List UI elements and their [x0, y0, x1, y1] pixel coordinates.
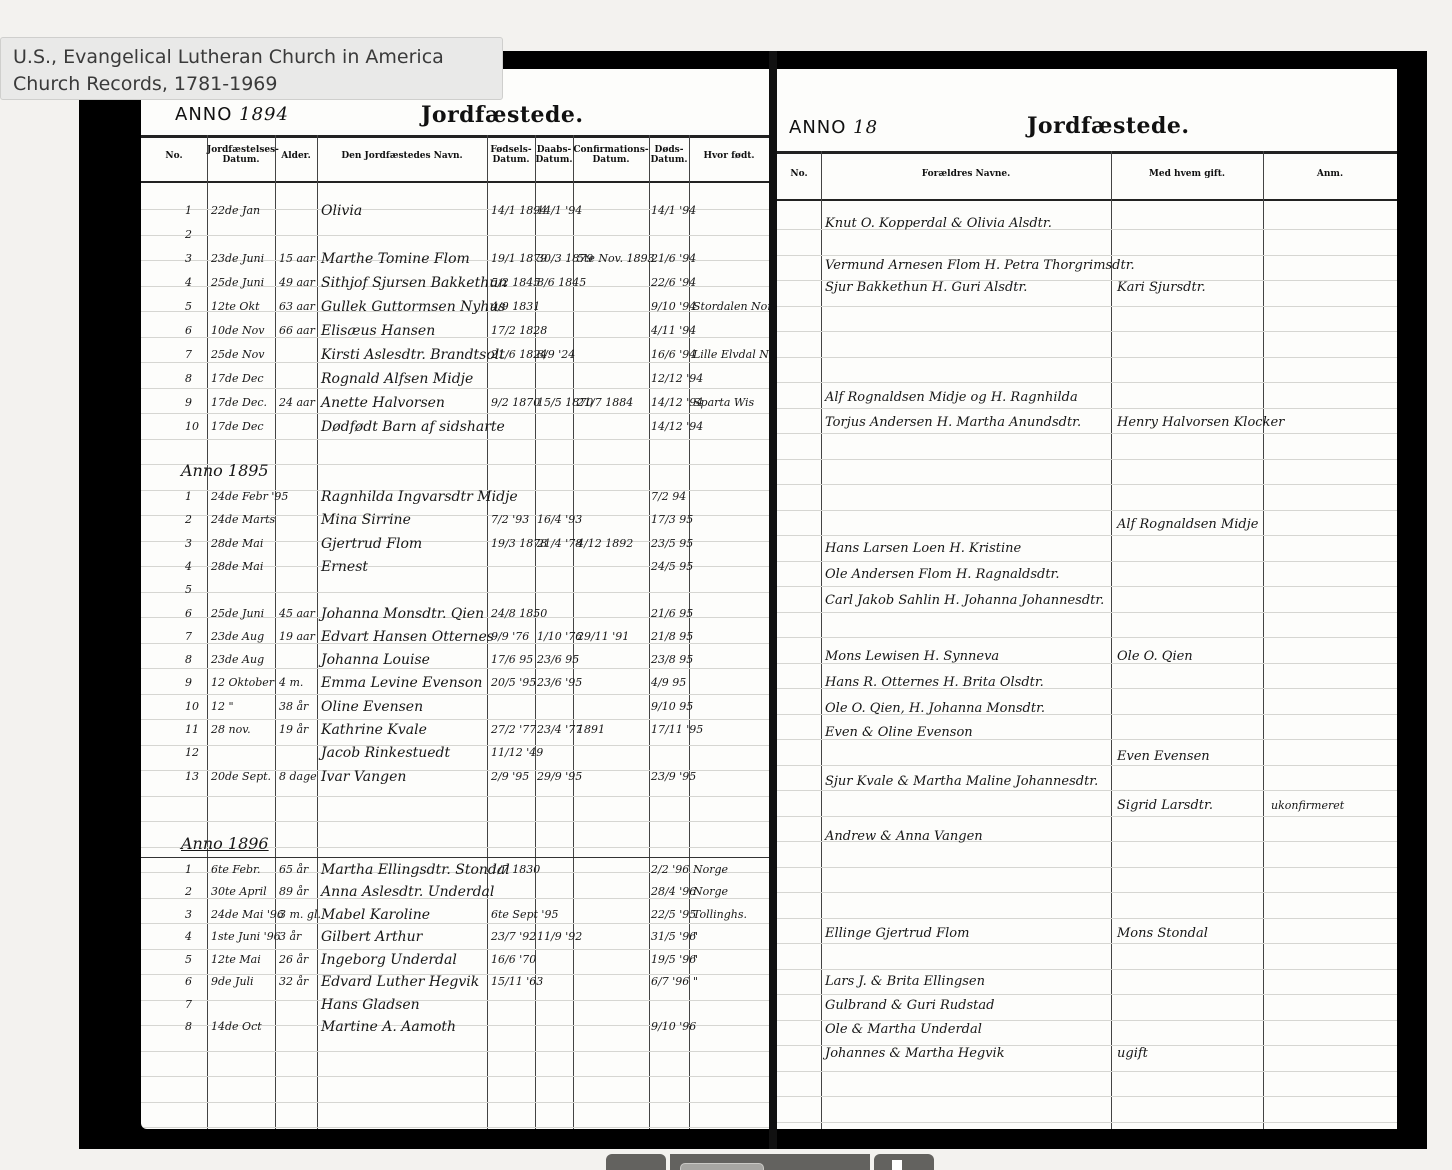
burial-record-row[interactable]: 625de Juni45 aarJohanna Monsdtr. Qien24/… [141, 604, 769, 628]
cell-no: 3 [185, 536, 192, 552]
cell-died: 31/5 '96 [651, 929, 696, 945]
parents-record-row[interactable]: Ole Andersen Flom H. Ragnaldsdtr. [777, 567, 1397, 589]
collection-title-tooltip: U.S., Evangelical Lutheran Church in Ame… [0, 37, 503, 100]
cell-baptized: 23/6 95 [537, 652, 579, 668]
burial-record-row[interactable]: 16te Febr.65 årMartha Ellingsdtr. Stonda… [141, 860, 769, 884]
parents-record-row[interactable]: Alf Rognaldsen Midje [777, 517, 1397, 539]
cell-age: 4 m. [279, 675, 303, 691]
cell-date: 17de Dec [211, 371, 264, 387]
column-header: Forældres Navne. [821, 169, 1111, 179]
cell-age: 65 år [279, 862, 308, 878]
parents-record-row[interactable]: Sjur Kvale & Martha Maline Johannesdtr. [777, 774, 1397, 796]
cell-name: Anette Halvorsen [321, 395, 445, 411]
cell-died: 9/10 '94 [651, 299, 696, 315]
cell-age: 32 år [279, 974, 308, 990]
cell-parents: Lars J. & Brita Ellingsen [825, 974, 985, 990]
cell-died: 21/8 95 [651, 629, 693, 645]
cell-name: Kirsti Aslesdtr. Brandtsolt [321, 347, 505, 363]
previous-button[interactable] [606, 1154, 666, 1170]
cell-date: 28de Mai [211, 559, 263, 575]
cell-no: 1 [185, 489, 192, 505]
cell-died: 14/12 '94 [651, 419, 703, 435]
cell-spouse: Even Evensen [1117, 749, 1210, 765]
cell-spouse: ugift [1117, 1046, 1148, 1062]
cell-died: 23/9 '95 [651, 769, 696, 785]
cell-age: 3 år [279, 929, 301, 945]
burial-record-row[interactable]: 328de MaiGjertrud Flom19/3 187821/4 '784… [141, 534, 769, 558]
cell-no: 2 [185, 884, 192, 900]
cell-date: 30te April [211, 884, 267, 900]
cell-name: Edvard Luther Hegvik [321, 974, 479, 990]
cell-name: Gjertrud Flom [321, 536, 422, 552]
cell-died: 23/8 95 [651, 652, 693, 668]
cell-age: 19 år [279, 722, 308, 738]
parents-record-row[interactable]: Sigrid Larsdtr.ukonfirmeret [777, 798, 1397, 820]
cell-no: 9 [185, 395, 192, 411]
zoom-slider[interactable] [670, 1154, 870, 1170]
cell-no: 5 [185, 299, 192, 315]
section-year-1895: Anno 1895 [181, 463, 269, 479]
cell-place: Stordalen Norge [693, 299, 769, 315]
cell-no: 10 [185, 699, 199, 715]
burial-record-row[interactable]: 823de AugJohanna Louise17/6 9523/6 9523/… [141, 650, 769, 674]
cell-no: 7 [185, 997, 192, 1013]
burial-record-row[interactable]: 1012 "38 årOline Evensen9/10 95 [141, 697, 769, 721]
cell-age: 24 aar [279, 395, 315, 411]
cell-no: 2 [185, 227, 192, 243]
cell-place: " [693, 952, 698, 968]
cell-date: 28 nov. [211, 722, 251, 738]
parents-record-row[interactable]: Andrew & Anna Vangen [777, 829, 1397, 851]
cell-no: 11 [185, 722, 199, 738]
cell-no: 8 [185, 371, 192, 387]
column-header: Med hvem gift. [1111, 169, 1263, 179]
column-header: No. [777, 169, 821, 179]
burial-record-row[interactable]: 230te April89 årAnna Aslesdtr. Underdal2… [141, 882, 769, 906]
cell-parents: Alf Rognaldsen Midje og H. Ragnhilda [825, 390, 1078, 406]
cell-name: Ingeborg Underdal [321, 952, 457, 968]
cell-age: 19 aar [279, 629, 315, 645]
parents-record-row[interactable]: Sjur Bakkethun H. Guri Alsdtr.Kari Sjurs… [777, 280, 1397, 302]
burial-record-row[interactable]: 917de Dec.24 aarAnette Halvorsen9/2 1870… [141, 393, 769, 417]
cell-date: 24de Febr '95 [211, 489, 288, 505]
cell-no: 4 [185, 559, 192, 575]
cell-parents: Hans Larsen Loen H. Kristine [825, 541, 1021, 557]
cell-parents: Even & Oline Evenson [825, 725, 973, 741]
burial-record-row[interactable]: 122de JanOlivia14/1 189414/1 '9414/1 '94 [141, 201, 769, 225]
cell-name: Gullek Guttormsen Nyhus [321, 299, 506, 315]
cell-date: 17de Dec. [211, 395, 267, 411]
cell-date: 9de Juli [211, 974, 254, 990]
cell-baptized: 29/9 '95 [537, 769, 582, 785]
cell-confirmed: 4/12 1892 [577, 536, 633, 552]
cell-date: 12te Mai [211, 952, 261, 968]
cell-born: 4/9 1831 [491, 299, 540, 315]
cell-no: 4 [185, 275, 192, 291]
cell-name: Elisæus Hansen [321, 323, 435, 339]
cell-born: 27/2 '77 [491, 722, 536, 738]
burial-record-row[interactable]: 425de Juni49 aarSithjof Sjursen Bakkethu… [141, 273, 769, 297]
cell-baptized: 23/4 '77 [537, 722, 582, 738]
cell-place: Norge [693, 862, 728, 878]
cell-died: 19/5 '96 [651, 952, 696, 968]
cell-no: 7 [185, 347, 192, 363]
burial-record-row[interactable]: 512te Mai26 årIngeborg Underdal16/6 '701… [141, 950, 769, 974]
cell-born: 16/6 '70 [491, 952, 536, 968]
cell-place: Tollinghs. [693, 907, 747, 923]
cell-no: 1 [185, 203, 192, 219]
cell-name: Anna Aslesdtr. Underdal [321, 884, 494, 900]
cell-born: 17/6 95 [491, 652, 533, 668]
cell-confirmed: 5te Nov. 1893 [577, 251, 655, 267]
cell-name: Mabel Karoline [321, 907, 430, 923]
cell-no: 13 [185, 769, 199, 785]
cell-age: 38 år [279, 699, 308, 715]
cell-age: 3 m. gl. [279, 907, 321, 923]
left-page: ANNO 1894 Jordfæstede. No.Jordfæstelses-… [141, 69, 769, 1129]
cell-parents: Ole Andersen Flom H. Ragnaldsdtr. [825, 567, 1059, 583]
burial-record-row[interactable]: 323de Juni15 aarMarthe Tomine Flom19/1 1… [141, 249, 769, 273]
cell-spouse: Henry Halvorsen Klocker [1117, 415, 1284, 431]
cell-died: 28/4 '96 [651, 884, 696, 900]
burial-record-row[interactable]: 610de Nov66 aarElisæus Hansen17/2 18284/… [141, 321, 769, 345]
cell-date: 20de Sept. [211, 769, 271, 785]
cell-born: 9/9 '76 [491, 629, 529, 645]
cell-born: 9/2 1870 [491, 395, 540, 411]
column-header: Anm. [1263, 169, 1397, 179]
parents-record-row[interactable]: Gulbrand & Guri Rudstad [777, 998, 1397, 1020]
column-header: Confirmations-Datum. [573, 145, 649, 165]
cell-parents: Ellinge Gjertrud Flom [825, 926, 969, 942]
cell-parents: Knut O. Kopperdal & Olivia Alsdtr. [825, 216, 1052, 232]
cell-confirmed: 21/7 1884 [577, 395, 633, 411]
cell-name: Martha Ellingsdtr. Stondal [321, 862, 510, 878]
cell-born: 1/7 1830 [491, 862, 540, 878]
cell-date: 24de Marts [211, 512, 275, 528]
cell-spouse: Ole O. Qien [1117, 649, 1193, 665]
right-page: ANNO 18 Jordfæstede. No.Forældres Navne.… [777, 69, 1397, 1129]
burial-record-row[interactable]: 512te Okt63 aarGullek Guttormsen Nyhus4/… [141, 297, 769, 321]
cell-died: 16/6 '94 [651, 347, 696, 363]
cell-date: 25de Nov [211, 347, 265, 363]
cell-died: 9/10 95 [651, 699, 693, 715]
square-icon [892, 1160, 902, 1170]
column-header: No. [141, 151, 207, 161]
cell-born: 15/11 '63 [491, 974, 543, 990]
cell-spouse: Sigrid Larsdtr. [1117, 798, 1213, 814]
column-header: Døds-Datum. [649, 145, 689, 165]
cell-date: 12 Oktober [211, 675, 274, 691]
cell-date: 23de Juni [211, 251, 264, 267]
next-button[interactable] [874, 1154, 934, 1170]
cell-parents: Mons Lewisen H. Synneva [825, 649, 999, 665]
burial-record-row[interactable]: 1128 nov.19 årKathrine Kvale27/2 '7723/4… [141, 720, 769, 744]
cell-baptized: 8/6 1845 [537, 275, 586, 291]
burial-record-row[interactable]: 725de NovKirsti Aslesdtr. Brandtsolt21/6… [141, 345, 769, 369]
cell-baptized: 14/1 '94 [537, 203, 582, 219]
cell-died: 17/3 95 [651, 512, 693, 528]
cell-no: 8 [185, 1019, 192, 1035]
tooltip-line-2: Church Records, 1781-1969 [13, 71, 490, 98]
cell-no: 6 [185, 323, 192, 339]
cell-no: 2 [185, 512, 192, 528]
cell-date: 23de Aug [211, 629, 264, 645]
cell-no: 5 [185, 582, 192, 598]
cell-name: Ragnhilda Ingvarsdtr Midje [321, 489, 518, 505]
parents-record-row[interactable]: Alf Rognaldsen Midje og H. Ragnhilda [777, 390, 1397, 412]
column-header: Fødsels-Datum. [487, 145, 535, 165]
burial-record-row[interactable]: 428de MaiErnest24/5 95 [141, 557, 769, 581]
cell-no: 4 [185, 929, 192, 945]
cell-name: Oline Evensen [321, 699, 423, 715]
cell-name: Martine A. Aamoth [321, 1019, 456, 1035]
right-heading: Jordfæstede. [1027, 113, 1190, 139]
cell-died: 14/1 '94 [651, 203, 696, 219]
cell-age: 66 aar [279, 323, 315, 339]
cell-no: 9 [185, 675, 192, 691]
cell-spouse: Kari Sjursdtr. [1117, 280, 1206, 296]
cell-baptized: 8/9 '24 [537, 347, 575, 363]
cell-parents: Ole & Martha Underdal [825, 1022, 982, 1038]
cell-name: Marthe Tomine Flom [321, 251, 470, 267]
cell-date: 25de Juni [211, 606, 264, 622]
cell-no: 5 [185, 952, 192, 968]
cell-died: 2/2 '96 [651, 862, 689, 878]
burial-record-row[interactable]: 912 Oktober4 m.Emma Levine Evenson20/5 '… [141, 673, 769, 697]
cell-name: Dødfødt Barn af sidsharte [321, 419, 505, 435]
cell-name: Kathrine Kvale [321, 722, 427, 738]
burial-record-row[interactable]: 723de Aug19 aarEdvart Hansen Otternes9/9… [141, 627, 769, 651]
cell-confirmed: 29/11 '91 [577, 629, 629, 645]
burial-record-row[interactable]: 41ste Juni '963 årGilbert Arthur23/7 '92… [141, 927, 769, 951]
cell-born: 17/2 1828 [491, 323, 547, 339]
cell-parents: Sjur Kvale & Martha Maline Johannesdtr. [825, 774, 1098, 790]
parents-record-row[interactable]: Carl Jakob Sahlin H. Johanna Johannesdtr… [777, 593, 1397, 615]
cell-age: 63 aar [279, 299, 315, 315]
cell-place: Lille Elvdal Norge [693, 347, 769, 363]
cell-died: 7/2 94 [651, 489, 686, 505]
cell-date: 23de Aug [211, 652, 264, 668]
cell-age: 45 aar [279, 606, 315, 622]
cell-born: 20/5 '95 [491, 675, 536, 691]
cell-born: 7/2 '93 [491, 512, 529, 528]
burial-record-row[interactable]: 5 [141, 580, 769, 604]
burial-record-row[interactable]: 224de MartsMina Sirrine7/2 '9316/4 '9317… [141, 510, 769, 534]
cell-date: 12 " [211, 699, 234, 715]
record-image-viewer[interactable]: ANNO 1894 Jordfæstede. No.Jordfæstelses-… [79, 51, 1427, 1149]
cell-name: Edvart Hansen Otternes [321, 629, 494, 645]
cell-note: ukonfirmeret [1271, 798, 1344, 814]
cell-baptized: 11/9 '92 [537, 929, 582, 945]
column-header: Hvor født. [689, 151, 769, 161]
burial-record-row[interactable]: 69de Juli32 årEdvard Luther Hegvik15/11 … [141, 972, 769, 996]
cell-baptized: 16/4 '93 [537, 512, 582, 528]
cell-died: 9/10 '96 [651, 1019, 696, 1035]
cell-born: 24/8 1850 [491, 606, 547, 622]
tooltip-line-1: U.S., Evangelical Lutheran Church in Ame… [13, 44, 490, 71]
cell-name: Johanna Monsdtr. Qien [321, 606, 484, 622]
cell-age: 26 år [279, 952, 308, 968]
parents-record-row[interactable]: Lars J. & Brita Ellingsen [777, 974, 1397, 996]
left-anno: ANNO 1894 [175, 104, 289, 125]
slider-handle[interactable] [680, 1163, 764, 1170]
burial-record-row[interactable]: 1017de DecDødfødt Barn af sidsharte14/12… [141, 417, 769, 441]
cell-date: 25de Juni [211, 275, 264, 291]
cell-age: 15 aar [279, 251, 315, 267]
cell-name: Ernest [321, 559, 368, 575]
cell-parents: Vermund Arnesen Flom H. Petra Thorgrimsd… [825, 258, 1135, 274]
parents-record-row[interactable]: Knut O. Kopperdal & Olivia Alsdtr. [777, 216, 1397, 238]
cell-name: Jacob Rinkestuedt [321, 745, 450, 761]
cell-no: 8 [185, 652, 192, 668]
parents-record-row[interactable]: Vermund Arnesen Flom H. Petra Thorgrimsd… [777, 258, 1397, 280]
cell-parents: Carl Jakob Sahlin H. Johanna Johannesdtr… [825, 593, 1104, 609]
cell-baptized: 21/4 '78 [537, 536, 582, 552]
cell-baptized: 1/10 '76 [537, 629, 582, 645]
cell-age: 49 aar [279, 275, 315, 291]
cell-died: 22/6 '94 [651, 275, 696, 291]
cell-no: 6 [185, 974, 192, 990]
cell-place: " [693, 929, 698, 945]
cell-name: Mina Sirrine [321, 512, 411, 528]
cell-spouse: Mons Stondal [1117, 926, 1208, 942]
cell-date: 6te Febr. [211, 862, 261, 878]
burial-record-row[interactable]: 817de DecRognald Alfsen Midje12/12 '94 [141, 369, 769, 393]
cell-age: 8 dage [279, 769, 317, 785]
parents-record-row[interactable]: Even & Oline Evenson [777, 725, 1397, 747]
burial-record-row[interactable]: 324de Mai '963 m. gl.Mabel Karoline6te S… [141, 905, 769, 929]
cell-born: 6te Sept '95 [491, 907, 558, 923]
cell-died: 22/5 '95 [651, 907, 696, 923]
cell-spouse: Alf Rognaldsen Midje [1117, 517, 1258, 533]
parents-record-row[interactable]: Ole & Martha Underdal [777, 1022, 1397, 1044]
cell-parents: Johannes & Martha Hegvik [825, 1046, 1005, 1062]
cell-died: 21/6 '94 [651, 251, 696, 267]
cell-date: 1ste Juni '96 [211, 929, 281, 945]
column-header: Alder. [275, 151, 317, 161]
left-heading: Jordfæstede. [421, 102, 584, 128]
cell-parents: Ole O. Qien, H. Johanna Monsdtr. [825, 701, 1045, 717]
cell-place: Norge [693, 884, 728, 900]
burial-record-row[interactable]: 2 [141, 225, 769, 249]
parents-record-row[interactable]: Ellinge Gjertrud FlomMons Stondal [777, 926, 1397, 948]
burial-record-row[interactable]: 124de Febr '95Ragnhilda Ingvarsdtr Midje… [141, 487, 769, 511]
column-header: Den Jordfæstedes Navn. [317, 151, 487, 161]
cell-date: 12te Okt [211, 299, 260, 315]
cell-no: 1 [185, 862, 192, 878]
burial-record-row[interactable]: 12Jacob Rinkestuedt11/12 '49 [141, 743, 769, 767]
cell-name: Ivar Vangen [321, 769, 406, 785]
cell-parents: Gulbrand & Guri Rudstad [825, 998, 994, 1014]
cell-name: Olivia [321, 203, 362, 219]
cell-died: 23/5 95 [651, 536, 693, 552]
parents-record-row[interactable]: Johannes & Martha Hegvikugift [777, 1046, 1397, 1068]
cell-date: 10de Nov [211, 323, 265, 339]
book-spine [769, 51, 777, 1149]
cell-place: Sparta Wis [693, 395, 754, 411]
parents-record-row[interactable]: Hans R. Otternes H. Brita Olsdtr. [777, 675, 1397, 697]
cell-place: " [693, 974, 698, 990]
cell-died: 6/7 '96 [651, 974, 689, 990]
cell-died: 21/6 95 [651, 606, 693, 622]
cell-name: Hans Gladsen [321, 997, 420, 1013]
cell-confirmed: 1891 [577, 722, 605, 738]
viewer-toolbar [606, 1154, 934, 1170]
cell-name: Rognald Alfsen Midje [321, 371, 473, 387]
burial-record-row[interactable]: 7Hans Gladsen [141, 995, 769, 1019]
cell-baptized: 23/6 '95 [537, 675, 582, 691]
cell-died: 4/9 95 [651, 675, 686, 691]
cell-no: 6 [185, 606, 192, 622]
cell-born: 11/12 '49 [491, 745, 543, 761]
cell-age: 89 år [279, 884, 308, 900]
cell-date: 14de Oct [211, 1019, 262, 1035]
cell-no: 10 [185, 419, 199, 435]
parents-record-row[interactable]: Torjus Andersen H. Martha Anundsdtr.Henr… [777, 415, 1397, 437]
cell-died: 24/5 95 [651, 559, 693, 575]
column-header: Daabs-Datum. [535, 145, 573, 165]
burial-record-row[interactable]: 1320de Sept.8 dageIvar Vangen2/9 '9529/9… [141, 767, 769, 791]
cell-date: 24de Mai '96 [211, 907, 284, 923]
parents-record-row[interactable]: Mons Lewisen H. SynnevaOle O. Qien [777, 649, 1397, 671]
column-header: Jordfæstelses-Datum. [207, 145, 275, 165]
cell-date: 28de Mai [211, 536, 263, 552]
cell-born: 2/9 '95 [491, 769, 529, 785]
cell-date: 17de Dec [211, 419, 264, 435]
cell-born: 23/7 '92 [491, 929, 536, 945]
cell-no: 12 [185, 745, 199, 761]
cell-name: Sithjof Sjursen Bakkethun [321, 275, 507, 291]
cell-name: Johanna Louise [321, 652, 430, 668]
cell-parents: Torjus Andersen H. Martha Anundsdtr. [825, 415, 1081, 431]
cell-died: 4/11 '94 [651, 323, 696, 339]
cell-date: 22de Jan [211, 203, 260, 219]
cell-born: 5/2 1845 [491, 275, 540, 291]
cell-name: Emma Levine Evenson [321, 675, 482, 691]
cell-no: 3 [185, 251, 192, 267]
parents-record-row[interactable]: Hans Larsen Loen H. Kristine [777, 541, 1397, 563]
parents-record-row[interactable]: Ole O. Qien, H. Johanna Monsdtr. [777, 701, 1397, 723]
cell-died: 17/11 '95 [651, 722, 703, 738]
burial-record-row[interactable]: 814de OctMartine A. Aamoth9/10 '96 [141, 1017, 769, 1041]
cell-no: 3 [185, 907, 192, 923]
cell-parents: Andrew & Anna Vangen [825, 829, 983, 845]
cell-name: Gilbert Arthur [321, 929, 422, 945]
cell-parents: Sjur Bakkethun H. Guri Alsdtr. [825, 280, 1027, 296]
right-anno: ANNO 18 [789, 117, 878, 138]
cell-parents: Hans R. Otternes H. Brita Olsdtr. [825, 675, 1044, 691]
cell-died: 12/12 '94 [651, 371, 703, 387]
section-year-1896: Anno 1896 [181, 836, 269, 852]
cell-no: 7 [185, 629, 192, 645]
parents-record-row[interactable]: Even Evensen [777, 749, 1397, 771]
